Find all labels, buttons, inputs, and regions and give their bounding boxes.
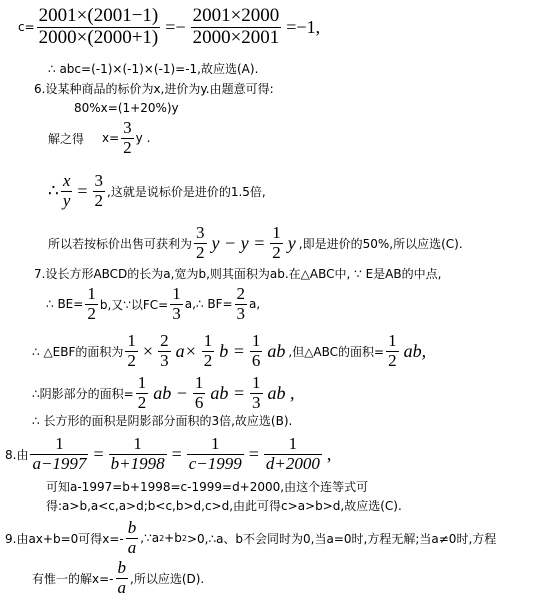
fraction: 1b+1998 [109,435,167,473]
fraction-fc: 13 [170,285,183,323]
fraction: 12 [125,332,138,370]
fraction-be: 12 [85,285,98,323]
q6-intro: 6.设某种商品的标价为x,进价为y.由题意可得: [34,80,274,97]
q6-ratio: ∴ x y = 3 2 ,这就是说标价是进价的1.5倍, [48,170,266,212]
fraction: 13 [250,374,263,412]
q7-shade: ∴阴影部分的面积= 12 ab − 16 ab = 13 ab , [32,372,298,414]
fraction: 16 [193,374,206,412]
q9-line2: 有惟一的解x=- ba ,所以应选(D). [32,557,204,597]
q7-intro: 7.设长方形ABCD的长为a,宽为b,则其面积为ab.在△ABC中, ∵ E是A… [34,265,441,282]
fraction: 16 [250,332,263,370]
fraction-3-2: 3 2 [121,119,134,157]
fraction-1: 2001×(2001−1) 2000×(2000+1) [37,6,161,49]
fraction-b-a: ba [126,519,139,557]
fraction: 1d+2000 [264,435,322,473]
equation-c: c= 2001×(2001−1) 2000×(2000+1) =− 2001×2… [18,2,323,52]
fraction: 12 [202,332,215,370]
fraction-3-2b: 3 2 [93,172,106,210]
fraction-profit-1: 3 2 [194,224,207,262]
fraction: 12 [386,332,399,370]
fraction-2: 2001×2000 2000×2001 [191,6,282,49]
fraction: 12 [136,374,149,412]
q7-be: ∴ BE= 12 b,又∵以FC= 13 a,∴ BF= 23 a, [46,284,260,324]
fraction-bf: 23 [235,285,248,323]
q6-equation: 80%x=(1+20%)y [74,101,179,115]
fraction: 1c−1999 [187,435,244,473]
q8-line3: 得:a>b,a<c,a>d;b<c,b>d,c>d,由此可得c>a>b>d,故应… [46,497,402,514]
fraction: 1a−1997 [30,435,88,473]
q7-rect: ∴ 长方形的面积是阴影部分面积的3倍,故应选(B). [32,412,292,429]
abc-line: ∴ abc=(-1)×(-1)×(-1)=-1,故应选(A). [48,60,258,77]
q6-profit: 所以若按标价出售可获利为 3 2 y − y = 1 2 y ,即是进价的50%… [48,222,463,264]
fraction: 23 [158,332,171,370]
q8-line2: 可知a-1997=b+1998=c-1999=d+2000,由这个连等式可 [46,478,368,495]
fraction-b-a-2: ba [116,559,129,597]
c-prefix: c= [18,20,35,34]
q9-line1: 9.由ax+b=0可得x=- ba ,∵a2 +b2 >0,∴a、b不会同时为0… [5,517,496,559]
q7-area: ∴ △EBF的面积为 12 × 23 a× 12 b = 16 ab ,但△AB… [32,330,429,372]
fraction-x-y: x y [61,172,73,210]
q8-equation: 8.由 1a−1997 = 1b+1998 = 1c−1999 = 1d+200… [5,432,334,476]
q6-solve: 解之得 x= 3 2 y . [48,118,150,158]
fraction-profit-2: 1 2 [270,224,283,262]
